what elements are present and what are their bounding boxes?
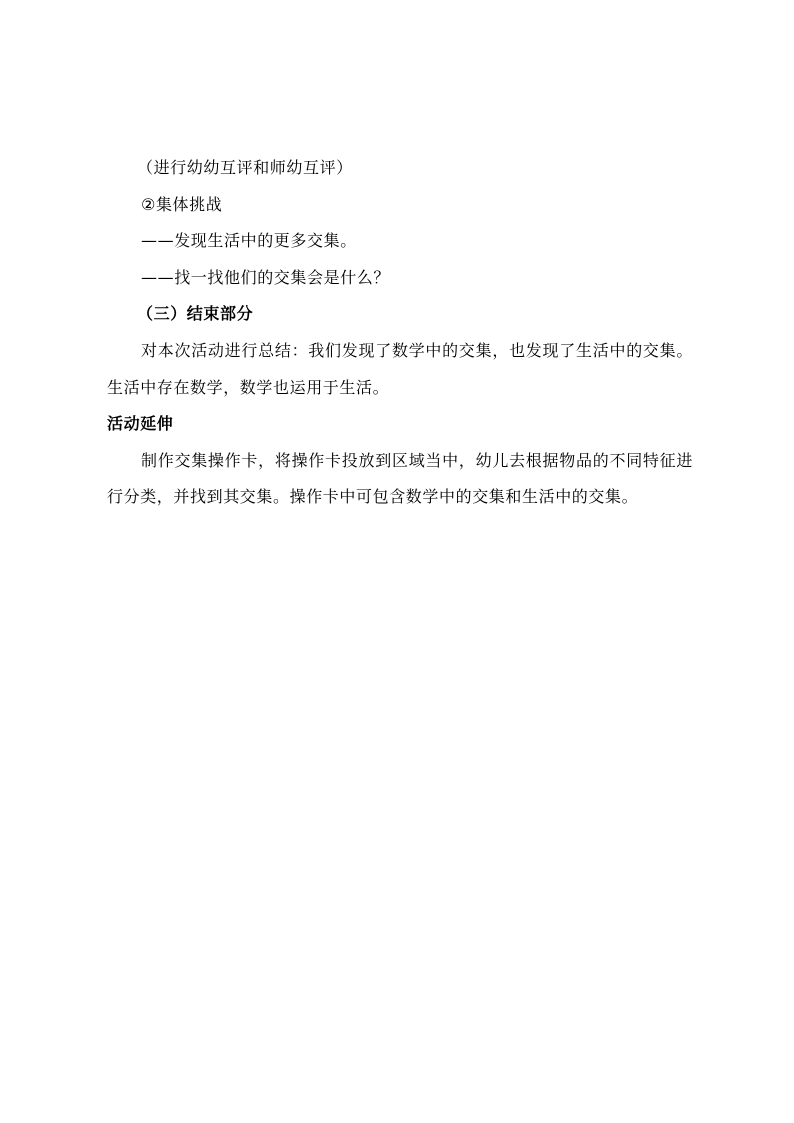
section-heading-ending: （三）结束部分	[107, 296, 693, 333]
evaluation-note: （进行幼幼互评和师幼互评）	[107, 150, 693, 187]
document-page: （进行幼幼互评和师幼互评） ②集体挑战 ——发现生活中的更多交集。 ——找一找他…	[107, 150, 693, 516]
step-heading-collective-challenge: ②集体挑战	[107, 187, 693, 224]
challenge-item-2: ——找一找他们的交集会是什么？	[107, 260, 693, 297]
section-heading-extension: 活动延伸	[107, 406, 693, 443]
challenge-item-1: ——发现生活中的更多交集。	[107, 223, 693, 260]
extension-paragraph: 制作交集操作卡，将操作卡投放到区域当中，幼儿去根据物品的不同特征进行分类，并找到…	[107, 443, 693, 516]
summary-paragraph: 对本次活动进行总结：我们发现了数学中的交集，也发现了生活中的交集。生活中存在数学…	[107, 333, 693, 406]
